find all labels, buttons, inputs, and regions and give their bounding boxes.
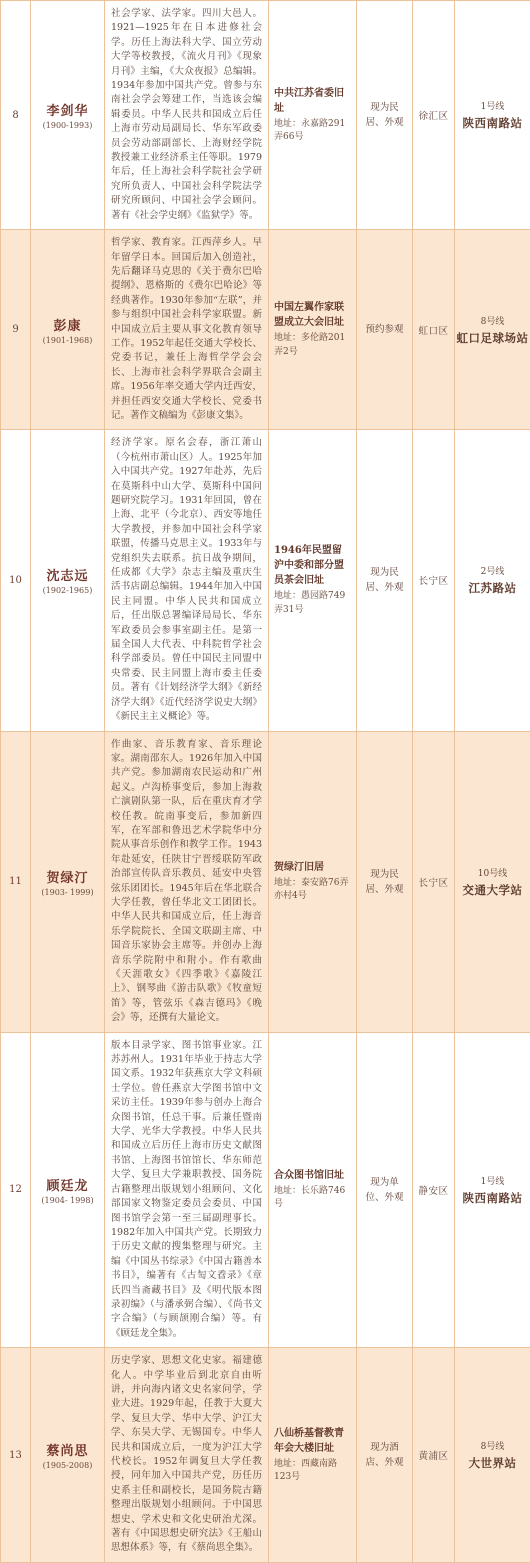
person-years: (1903- 1999) (33, 888, 102, 897)
table-row: 10 沈志远 (1902-1965) 经济学家。原名会春，浙江萧山（今杭州市萧山… (1, 430, 530, 731)
person-name: 贺绿汀 (33, 867, 102, 886)
person-name: 李剑华 (33, 100, 102, 119)
table-row: 11 贺绿汀 (1903- 1999) 作曲家、音乐教育家、音乐理论家。湖南邵东… (1, 731, 530, 1032)
person-name: 顾廷龙 (33, 1175, 102, 1194)
metro-cell: 8号线 虹口足球场站 (455, 230, 530, 430)
visit-status: 现为单位、外观 (364, 1175, 405, 1205)
visit-status: 现为民居、外观 (364, 565, 405, 595)
biography-cell: 经济学家。原名会春，浙江萧山（今杭州市萧山区）人。1925年加入中国共产党。19… (105, 430, 269, 731)
site-name: 中国左翼作家联盟成立大会旧址 (274, 300, 351, 330)
metro-cell: 2号线 江苏路站 (455, 430, 530, 731)
person-name: 蔡尚思 (33, 1440, 102, 1459)
person-name-cell: 顾廷龙 (1904- 1998) (31, 1032, 105, 1348)
person-years: (1905-2008) (33, 1461, 102, 1470)
site-address: 地址：多伦路201弄2号 (274, 332, 351, 359)
person-years: (1904- 1998) (33, 1196, 102, 1205)
visit-status-cell: 预约参观 (357, 230, 413, 430)
site-address: 地址：长乐路746号 (274, 1185, 351, 1212)
site-cell: 贺绿汀旧居 地址：泰安路76弄亦村4号 (269, 731, 357, 1032)
district-cell: 黄浦区 (413, 1348, 455, 1563)
person-name-cell: 彭康 (1901-1968) (31, 230, 105, 430)
biography: 版本目录学家、图书馆事业家。江苏苏州人。1931年毕业于持志大学国文系。1932… (111, 1039, 262, 1342)
biography-cell: 作曲家、音乐教育家、音乐理论家。湖南邵东人。1926年加入中国共产党。参加湖南农… (105, 731, 269, 1032)
person-name-cell: 贺绿汀 (1903- 1999) (31, 731, 105, 1032)
site-address: 地址：泰安路76弄亦村4号 (274, 877, 351, 904)
site-cell: 中国左翼作家联盟成立大会旧址 地址：多伦路201弄2号 (269, 230, 357, 430)
district-cell: 徐汇区 (413, 1, 455, 230)
heritage-sites-table: 8 李剑华 (1900-1993) 社会学家、法学家。四川大邑人。1921—19… (0, 0, 530, 1563)
table-row: 13 蔡尚思 (1905-2008) 历史学家、思想文化史家。福建德化人。中学毕… (1, 1348, 530, 1563)
metro-line: 8号线 (456, 1439, 529, 1452)
visit-status-cell: 现为民居、外观 (357, 1, 413, 230)
biography-cell: 历史学家、思想文化史家。福建德化人。中学毕业后到北京自由听讲，并向海内诸文史名家… (105, 1348, 269, 1563)
site-address: 地址：西藏南路123号 (274, 1458, 351, 1485)
district: 黄浦区 (414, 1448, 453, 1462)
person-name: 沈志远 (33, 565, 102, 584)
district: 徐汇区 (414, 108, 453, 122)
biography-cell: 社会学家、法学家。四川大邑人。1921—1925年在日本进修社会学。历任上海法科… (105, 1, 269, 230)
person-name-cell: 李剑华 (1900-1993) (31, 1, 105, 230)
visit-status-cell: 现为单位、外观 (357, 1032, 413, 1348)
site-cell: 中共江苏省委旧址 地址：永嘉路291弄66号 (269, 1, 357, 230)
table-row: 9 彭康 (1901-1968) 哲学家、教育家。江西萍乡人。早年留学日本。回国… (1, 230, 530, 430)
district-cell: 静安区 (413, 1032, 455, 1348)
metro-station: 陕西南路站 (456, 1190, 529, 1206)
row-number: 12 (1, 1032, 31, 1348)
metro-cell: 1号线 陕西南路站 (455, 1032, 530, 1348)
row-number: 11 (1, 731, 31, 1032)
site-name: 中共江苏省委旧址 (274, 86, 351, 116)
biography: 哲学家、教育家。江西萍乡人。早年留学日本。回国后加入创造社，先后翻译马克思的《关… (111, 236, 262, 423)
metro-cell: 10号线 交通大学站 (455, 731, 530, 1032)
visit-status-cell: 现为酒店、外观 (357, 1348, 413, 1563)
site-name: 贺绿汀旧居 (274, 860, 351, 875)
metro-cell: 8号线 大世界站 (455, 1348, 530, 1563)
table-row: 12 顾廷龙 (1904- 1998) 版本目录学家、图书馆事业家。江苏苏州人。… (1, 1032, 530, 1348)
district: 虹口区 (414, 323, 453, 337)
table-row: 8 李剑华 (1900-1993) 社会学家、法学家。四川大邑人。1921—19… (1, 1, 530, 230)
visit-status: 现为民居、外观 (364, 867, 405, 897)
person-years: (1900-1993) (33, 121, 102, 130)
biography: 经济学家。原名会春，浙江萧山（今杭州市萧山区）人。1925年加入中国共产党。19… (111, 436, 262, 724)
row-number: 13 (1, 1348, 31, 1563)
district: 长宁区 (414, 573, 453, 587)
site-name: 八仙桥基督教青年会大楼旧址 (274, 1426, 351, 1456)
biography: 历史学家、思想文化史家。福建德化人。中学毕业后到北京自由听讲，并向海内诸文史名家… (111, 1354, 262, 1556)
metro-line: 2号线 (456, 564, 529, 577)
visit-status: 现为民居、外观 (364, 100, 405, 130)
metro-station: 江苏路站 (456, 580, 529, 596)
metro-line: 1号线 (456, 99, 529, 112)
site-address: 地址：永嘉路291弄66号 (274, 118, 351, 145)
district: 静安区 (414, 1183, 453, 1197)
row-number: 9 (1, 230, 31, 430)
metro-line: 8号线 (456, 314, 529, 327)
person-name-cell: 蔡尚思 (1905-2008) (31, 1348, 105, 1563)
biography-cell: 哲学家、教育家。江西萍乡人。早年留学日本。回国后加入创造社，先后翻译马克思的《关… (105, 230, 269, 430)
visit-status-cell: 现为民居、外观 (357, 731, 413, 1032)
biography-cell: 版本目录学家、图书馆事业家。江苏苏州人。1931年毕业于持志大学国文系。1932… (105, 1032, 269, 1348)
metro-station: 陕西南路站 (456, 115, 529, 131)
metro-station: 虹口足球场站 (456, 330, 529, 346)
visit-status-cell: 现为民居、外观 (357, 430, 413, 731)
site-address: 地址：愚园路749弄31号 (274, 590, 351, 617)
district: 长宁区 (414, 875, 453, 889)
district-cell: 长宁区 (413, 430, 455, 731)
metro-line: 10号线 (456, 866, 529, 879)
metro-line: 1号线 (456, 1174, 529, 1187)
visit-status: 现为酒店、外观 (364, 1440, 405, 1470)
row-number: 8 (1, 1, 31, 230)
biography: 社会学家、法学家。四川大邑人。1921—1925年在日本进修社会学。历任上海法科… (111, 7, 262, 223)
person-name: 彭康 (33, 315, 102, 334)
metro-station: 大世界站 (456, 1455, 529, 1471)
site-name: 合众图书馆旧址 (274, 1168, 351, 1183)
visit-status: 预约参观 (364, 322, 405, 337)
person-name-cell: 沈志远 (1902-1965) (31, 430, 105, 731)
metro-cell: 1号线 陕西南路站 (455, 1, 530, 230)
site-cell: 1946年民盟留沪中委和部分盟员茶会旧址 地址：愚园路749弄31号 (269, 430, 357, 731)
metro-station: 交通大学站 (456, 882, 529, 898)
person-years: (1901-1968) (33, 336, 102, 345)
biography: 作曲家、音乐教育家、音乐理论家。湖南邵东人。1926年加入中国共产党。参加湖南农… (111, 738, 262, 1026)
site-name: 1946年民盟留沪中委和部分盟员茶会旧址 (274, 543, 351, 588)
person-years: (1902-1965) (33, 586, 102, 595)
site-cell: 合众图书馆旧址 地址：长乐路746号 (269, 1032, 357, 1348)
district-cell: 虹口区 (413, 230, 455, 430)
district-cell: 长宁区 (413, 731, 455, 1032)
row-number: 10 (1, 430, 31, 731)
site-cell: 八仙桥基督教青年会大楼旧址 地址：西藏南路123号 (269, 1348, 357, 1563)
